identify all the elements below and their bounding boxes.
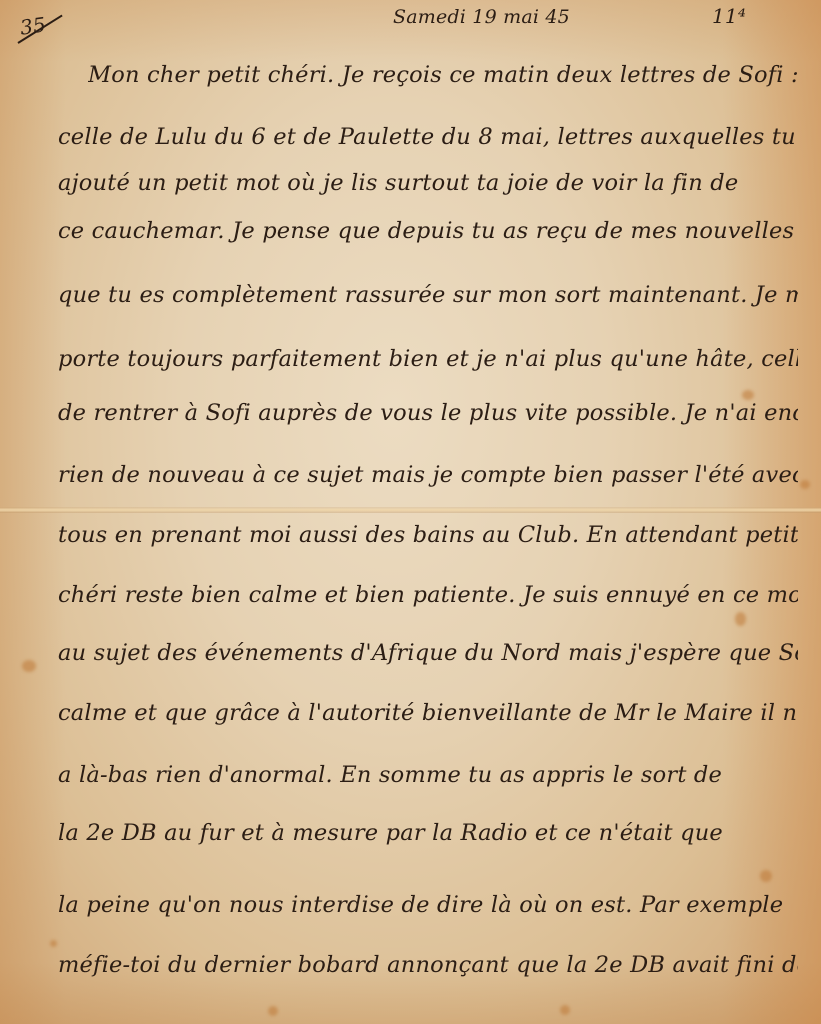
foxing-stain [268,1006,278,1016]
letter-line: chéri reste bien calme et bien patiente.… [58,582,798,608]
letter-line: rien de nouveau à ce sujet mais je compt… [58,462,798,488]
foxing-stain [22,660,36,672]
foxing-stain [742,390,754,400]
foxing-stain [800,480,810,489]
foxing-stain [760,870,772,882]
letter-line: porte toujours parfaitement bien et je n… [58,346,798,372]
letter-line: calme et que grâce à l'autorité bienveil… [58,700,798,726]
letter-line: de rentrer à Sofi auprès de vous le plus… [58,400,798,426]
letter-line: la peine qu'on nous interdise de dire là… [58,892,798,918]
letter-line: méfie-toi du dernier bobard annonçant qu… [58,952,798,978]
paper-fold-crease [0,507,821,513]
foxing-stain [735,612,746,626]
letter-line: ce cauchemar. Je pense que depuis tu as … [58,218,798,244]
letter-line: que tu es complètement rassurée sur mon … [58,282,798,308]
foxing-stain [50,940,57,947]
letter-line: Mon cher petit chéri. Je reçois ce matin… [88,62,821,88]
letter-line: au sujet des événements d'Afrique du Nor… [58,640,798,666]
foxing-stain [560,1005,570,1015]
letter-line: tous en prenant moi aussi des bains au C… [58,522,798,548]
letter-line: ajouté un petit mot où je lis surtout ta… [58,170,798,196]
letter-page: 35 Samedi 19 mai 45 11⁴ Mon cher petit c… [0,0,821,1024]
letter-line: a là-bas rien d'anormal. En somme tu as … [58,762,798,788]
letter-line: celle de Lulu du 6 et de Paulette du 8 m… [58,124,798,150]
letter-date: Samedi 19 mai 45 [393,6,570,28]
letter-line: la 2e DB au fur et à mesure par la Radio… [58,820,798,846]
folio-number: 11⁴ [712,4,746,28]
